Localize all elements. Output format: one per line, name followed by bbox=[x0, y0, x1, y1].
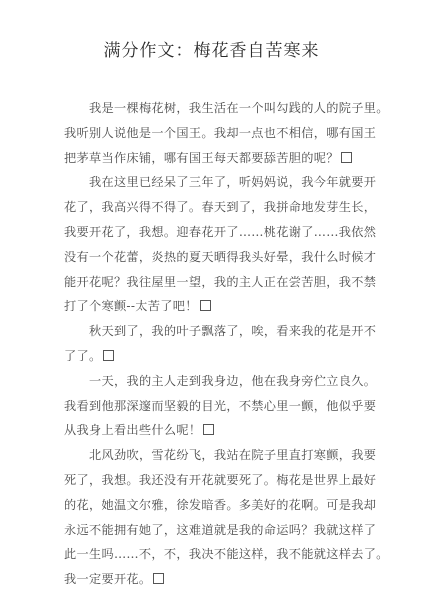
paragraph-2: 我在这里已经呆了三年了，听妈妈说，我今年就要开 花了，我高兴得不得了。春天到了，… bbox=[64, 170, 364, 319]
text-line: 没有一个花蕾，炎热的夏天晒得我头好晕，我什么时候才 bbox=[64, 245, 364, 270]
paragraph-5: 北风劲吹，雪花纷飞，我站在院子里直打寒颤，我要 死了，我想。我还没有开花就要死了… bbox=[64, 443, 364, 592]
document-body: 我是一棵梅花树，我生活在一个叫勾践的人的院子里。 我听别人说他是一个国王。我却一… bbox=[64, 96, 364, 592]
text-line: 了了。 bbox=[64, 344, 364, 369]
paragraph-end-box-icon bbox=[200, 300, 211, 311]
text-line: 能开花呢？我往屋里一望，我的主人正在尝苦胆，我不禁 bbox=[64, 270, 364, 295]
text-line: 秋天到了，我的叶子飘落了，唉，看来我的花是开不 bbox=[64, 319, 364, 344]
text-line: 的花，她温文尔雅，徐发暗香。多美好的花啊。可是我却 bbox=[64, 493, 364, 518]
text-line: 北风劲吹，雪花纷飞，我站在院子里直打寒颤，我要 bbox=[64, 443, 364, 468]
text-line: 我在这里已经呆了三年了，听妈妈说，我今年就要开 bbox=[64, 170, 364, 195]
text-line: 我是一棵梅花树，我生活在一个叫勾践的人的院子里。 bbox=[64, 96, 364, 121]
paragraph-end-box-icon bbox=[341, 152, 352, 163]
document-title: 满分作文：梅花香自苦寒来 bbox=[0, 36, 423, 61]
text-line: 一天，我的主人走到我身边，他在我身旁伫立良久。 bbox=[64, 369, 364, 394]
text-segment: 我一定要开花。 bbox=[64, 572, 151, 586]
text-line: 我听别人说他是一个国王。我却一点也不相信，哪有国王 bbox=[64, 121, 364, 146]
text-line: 我一定要开花。 bbox=[64, 567, 364, 592]
text-line: 从我身上看出些什么呢！ bbox=[64, 418, 364, 443]
text-line: 打了个寒颤--太苦了吧！ bbox=[64, 294, 364, 319]
paragraph-3: 秋天到了，我的叶子飘落了，唉，看来我的花是开不 了了。 bbox=[64, 319, 364, 369]
paragraph-end-box-icon bbox=[103, 350, 114, 361]
text-segment: 把茅草当作床铺，哪有国王每天都要舔苦胆的呢？ bbox=[64, 151, 339, 165]
paragraph-end-box-icon bbox=[153, 573, 164, 584]
paragraph-4: 一天，我的主人走到我身边，他在我身旁伫立良久。 我看到他那深邃而坚毅的目光，不禁… bbox=[64, 369, 364, 443]
text-line: 此一生吗……不，不，我决不能这样，我不能就这样去了。 bbox=[64, 542, 364, 567]
text-segment: 打了个寒颤--太苦了吧！ bbox=[64, 299, 198, 313]
text-line: 死了，我想。我还没有开花就要死了。梅花是世界上最好 bbox=[64, 468, 364, 493]
text-line: 花了，我高兴得不得了。春天到了，我拼命地发芽生长， bbox=[64, 195, 364, 220]
paragraph-1: 我是一棵梅花树，我生活在一个叫勾践的人的院子里。 我听别人说他是一个国王。我却一… bbox=[64, 96, 364, 170]
text-line: 把茅草当作床铺，哪有国王每天都要舔苦胆的呢？ bbox=[64, 146, 364, 171]
text-line: 永远不能拥有她了，这难道就是我的命运吗？我就这样了 bbox=[64, 518, 364, 543]
text-line: 我看到他那深邃而坚毅的目光，不禁心里一颤，他似乎要 bbox=[64, 394, 364, 419]
document-page: 满分作文：梅花香自苦寒来 我是一棵梅花树，我生活在一个叫勾践的人的院子里。 我听… bbox=[0, 0, 423, 600]
text-line: 我要开花了，我想。迎春花开了……桃花谢了……我依然 bbox=[64, 220, 364, 245]
paragraph-end-box-icon bbox=[203, 424, 214, 435]
text-segment: 从我身上看出些什么呢！ bbox=[64, 423, 201, 437]
text-segment: 了了。 bbox=[64, 349, 101, 363]
